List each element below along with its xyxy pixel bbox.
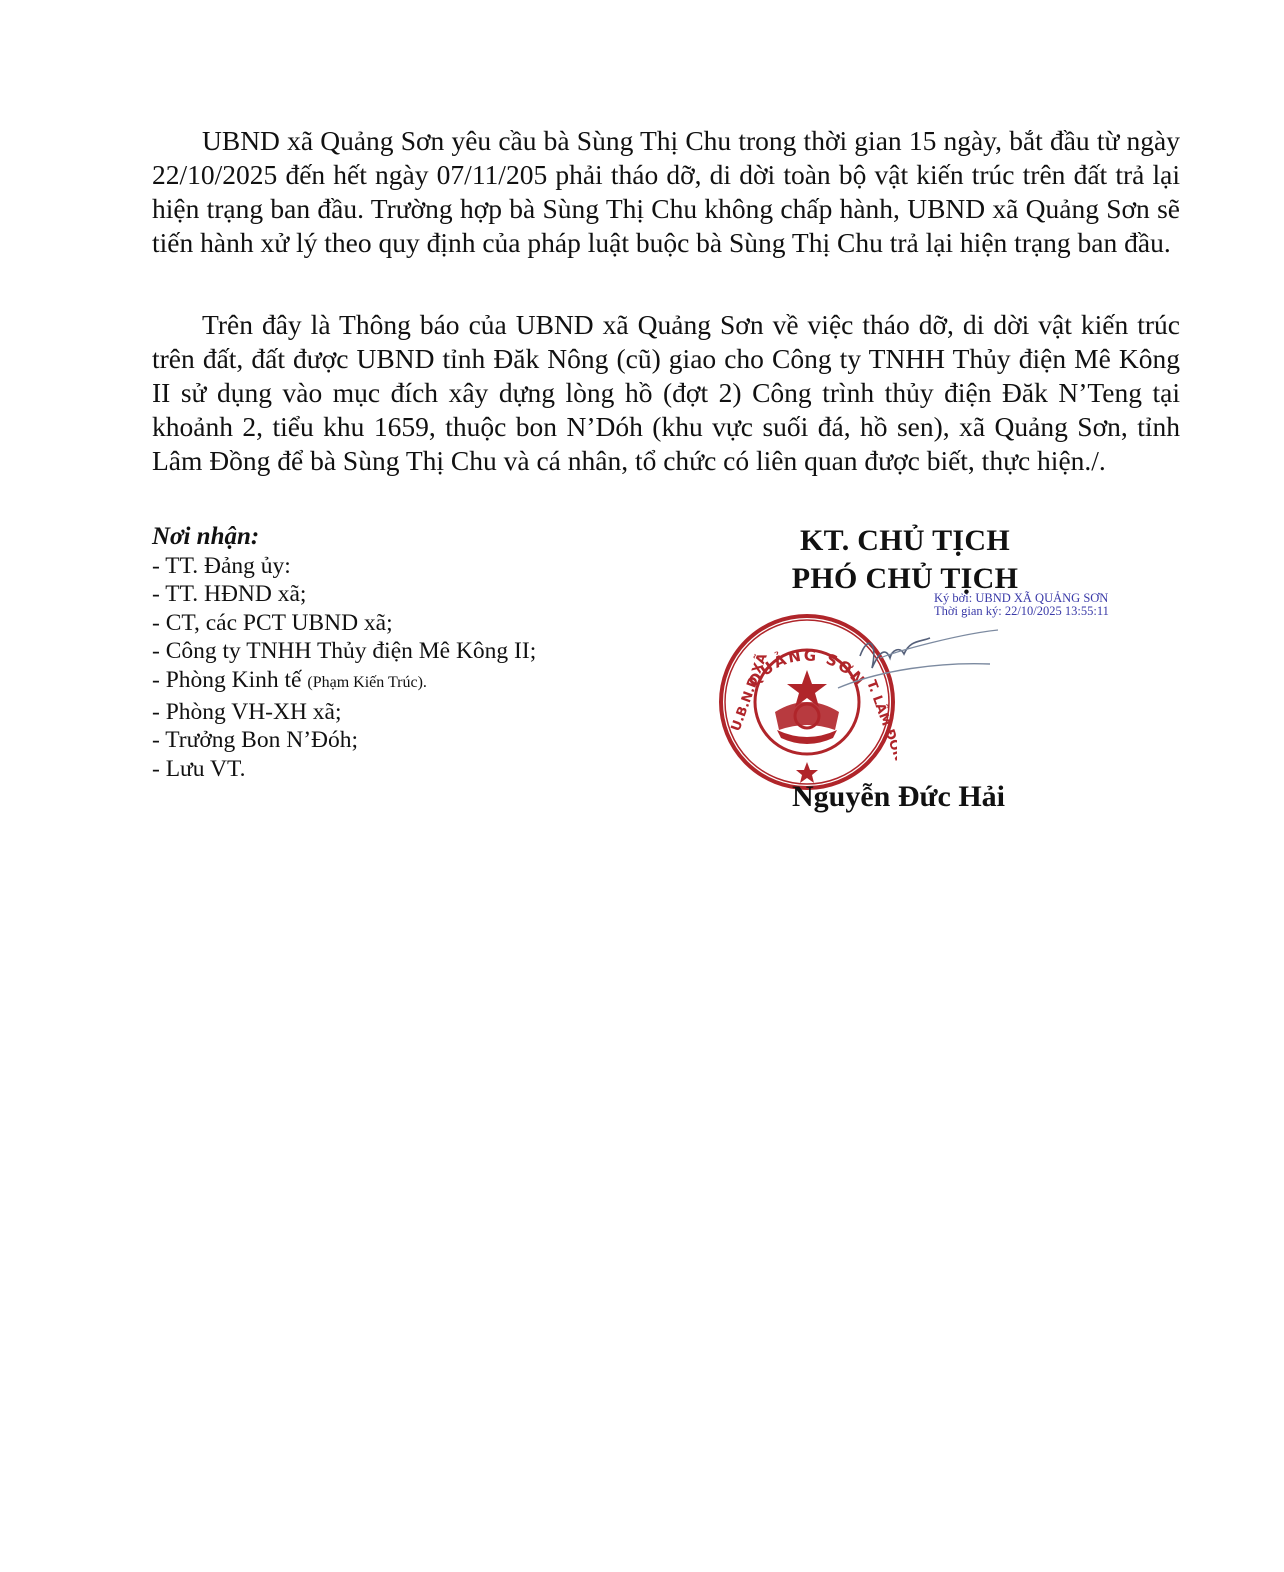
recipient-text: - Trưởng Bon N’Đóh; bbox=[152, 727, 358, 753]
recipient-item: - Lưu VT. bbox=[152, 755, 536, 784]
recipient-text: - Công ty TNHH Thủy điện Mê Kông II; bbox=[152, 638, 536, 664]
paragraph-conclusion: Trên đây là Thông báo của UBND xã Quảng … bbox=[152, 308, 1180, 478]
recipient-note: (Phạm Kiến Trúc). bbox=[307, 674, 427, 691]
recipient-text: - TT. Đảng ủy: bbox=[152, 553, 291, 579]
recipient-text: - Lưu VT. bbox=[152, 756, 245, 782]
signer-name: Nguyễn Đức Hải bbox=[792, 780, 1005, 814]
digital-signed-time: Thời gian ký: 22/10/2025 13:55:11 bbox=[934, 605, 1109, 618]
paragraph-requirement: UBND xã Quảng Sơn yêu cầu bà Sùng Thị Ch… bbox=[152, 124, 1180, 260]
recipient-text: - Phòng Kinh tế bbox=[152, 667, 307, 693]
paragraph-text: UBND xã Quảng Sơn yêu cầu bà Sùng Thị Ch… bbox=[152, 124, 1180, 260]
digital-signature-info: Ký bởi: UBND XÃ QUẢNG SƠN Thời gian ký: … bbox=[934, 592, 1109, 618]
recipient-item: - TT. Đảng ủy: bbox=[152, 552, 536, 581]
recipient-item: - Công ty TNHH Thủy điện Mê Kông II; bbox=[152, 637, 536, 666]
recipient-item: - CT, các PCT UBND xã; bbox=[152, 609, 536, 638]
document-page: UBND xã Quảng Sơn yêu cầu bà Sùng Thị Ch… bbox=[0, 0, 1284, 1572]
recipient-text: - Phòng VH-XH xã; bbox=[152, 699, 342, 725]
signature-title-line1: KT. CHỦ TỊCH bbox=[760, 522, 1050, 560]
recipients-list: Nơi nhận: - TT. Đảng ủy: - TT. HĐND xã; … bbox=[152, 523, 536, 783]
recipient-text: - TT. HĐND xã; bbox=[152, 581, 306, 607]
signature-block: KT. CHỦ TỊCH PHÓ CHỦ TỊCH bbox=[760, 522, 1050, 598]
recipient-item: - Phòng VH-XH xã; bbox=[152, 698, 536, 727]
recipient-item: - TT. HĐND xã; bbox=[152, 580, 536, 609]
handwritten-signature-icon bbox=[820, 628, 1000, 708]
recipients-title: Nơi nhận: bbox=[152, 523, 536, 552]
recipient-text: - CT, các PCT UBND xã; bbox=[152, 610, 393, 636]
recipient-item: - Trưởng Bon N’Đóh; bbox=[152, 726, 536, 755]
recipient-item: - Phòng Kinh tế (Phạm Kiến Trúc). bbox=[152, 666, 536, 698]
paragraph-text: Trên đây là Thông báo của UBND xã Quảng … bbox=[152, 308, 1180, 478]
